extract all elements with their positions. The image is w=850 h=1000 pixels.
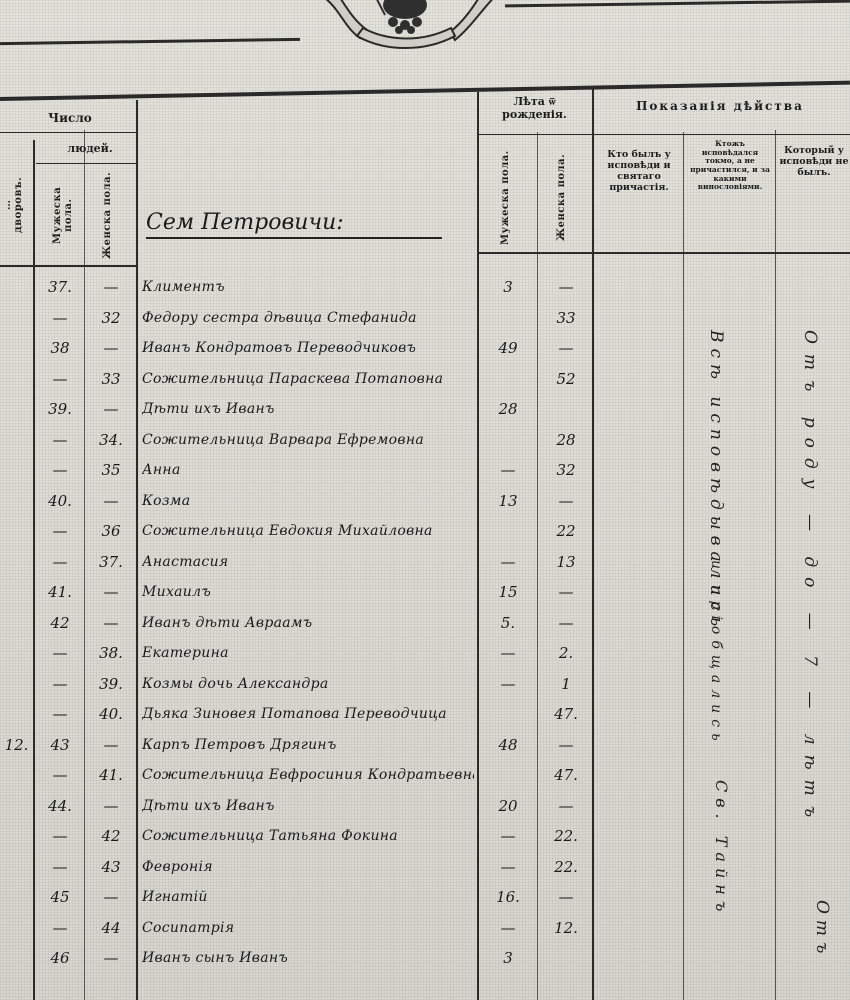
yard-number xyxy=(0,669,33,699)
note-col-not: Отъ роду — до — 7 — лѣтъ xyxy=(800,330,820,827)
female-number: 44 xyxy=(86,913,136,943)
note-col-not-bottom: Отъ xyxy=(812,900,832,959)
male-number: 40. xyxy=(36,486,84,516)
age-male: 13 xyxy=(480,486,536,516)
age-male: 3 xyxy=(480,943,536,973)
table-row: 37.—Климентъ3— xyxy=(0,272,850,302)
female-number: — xyxy=(86,272,136,302)
person-name: Дѣти ихъ Иванъ xyxy=(142,791,474,821)
age-female: 1 xyxy=(540,669,592,699)
age-male: 20 xyxy=(480,791,536,821)
age-male xyxy=(480,516,536,546)
header-muzh-pol: Мужеска пола. xyxy=(52,170,74,260)
female-number: — xyxy=(86,577,136,607)
yard-number xyxy=(0,272,33,302)
male-number: — xyxy=(36,699,84,729)
header-col-only-confession: Ктожъ исповѣдался токмо, а не причастилс… xyxy=(686,140,774,192)
age-male: — xyxy=(480,852,536,882)
age-male: 28 xyxy=(480,394,536,424)
age-female: 32 xyxy=(540,455,592,485)
yard-number xyxy=(0,882,33,912)
yard-number xyxy=(0,943,33,973)
female-number: — xyxy=(86,791,136,821)
age-male xyxy=(480,303,536,333)
header-zhen-pol: Женска пола. xyxy=(102,170,113,260)
age-male: 3 xyxy=(480,272,536,302)
person-name: Козма xyxy=(142,486,474,516)
yard-number xyxy=(0,577,33,607)
person-name: Сосипатрія xyxy=(142,913,474,943)
age-male: — xyxy=(480,669,536,699)
person-name: Климентъ xyxy=(142,272,474,302)
hdr-rule-chislo xyxy=(0,132,136,133)
female-number: 32 xyxy=(86,303,136,333)
header-lyudey: людей. xyxy=(50,143,130,156)
male-number: — xyxy=(36,455,84,485)
age-male: 48 xyxy=(480,730,536,760)
yard-number xyxy=(0,821,33,851)
header-chislo: Число xyxy=(20,112,120,126)
age-female: 33 xyxy=(540,303,592,333)
female-number: 34. xyxy=(86,425,136,455)
male-number: — xyxy=(36,303,84,333)
age-female: 22. xyxy=(540,821,592,851)
yard-number xyxy=(0,303,33,333)
table-row: —32Федору сестра дѣвица Стефанида33 xyxy=(0,303,850,333)
age-female: 2. xyxy=(540,638,592,668)
age-female: — xyxy=(540,882,592,912)
person-name: Михаилъ xyxy=(142,577,474,607)
age-male: 16. xyxy=(480,882,536,912)
male-number: — xyxy=(36,547,84,577)
age-male: — xyxy=(480,821,536,851)
header-col-not-was: Который у исповѣди не былъ. xyxy=(779,146,849,179)
person-name: Сожительница Евфросиния Кондратьевна xyxy=(142,760,474,790)
female-number: — xyxy=(86,333,136,363)
header-pokazaniya: Показанія дѣйства xyxy=(600,100,840,114)
imperial-emblem-icon xyxy=(305,0,505,65)
person-name: Иванъ Кондратовъ Переводчиковъ xyxy=(142,333,474,363)
male-number: — xyxy=(36,669,84,699)
yard-number xyxy=(0,425,33,455)
male-number: 44. xyxy=(36,791,84,821)
yard-number xyxy=(0,455,33,485)
yard-number xyxy=(0,333,33,363)
person-name: Козмы дочь Александра xyxy=(142,669,474,699)
age-male xyxy=(480,760,536,790)
hdr-bottom-rule-right xyxy=(477,252,850,254)
header-dvorov: дворовъ. xyxy=(13,170,24,240)
male-number: — xyxy=(36,913,84,943)
yard-number xyxy=(0,791,33,821)
yard-number xyxy=(0,638,33,668)
male-number: — xyxy=(36,364,84,394)
age-male: — xyxy=(480,638,536,668)
age-male: — xyxy=(480,455,536,485)
age-female: 22. xyxy=(540,852,592,882)
age-female: — xyxy=(540,333,592,363)
age-female xyxy=(540,394,592,424)
age-female: 47. xyxy=(540,699,592,729)
person-name: Дѣти ихъ Иванъ xyxy=(142,394,474,424)
yard-number xyxy=(0,486,33,516)
section-title: Сем Петровичи: xyxy=(146,210,442,239)
age-female: 47. xyxy=(540,760,592,790)
yard-number xyxy=(0,913,33,943)
female-number: — xyxy=(86,943,136,973)
hdr-rule-lyudey xyxy=(36,163,136,164)
male-number: — xyxy=(36,516,84,546)
person-name: Иванъ дѣти Авраамъ xyxy=(142,608,474,638)
female-number: 37. xyxy=(86,547,136,577)
female-number: 40. xyxy=(86,699,136,729)
female-number: — xyxy=(86,730,136,760)
note-col-was-3: Св. Тайнъ xyxy=(712,780,731,917)
female-number: — xyxy=(86,394,136,424)
female-number: 33 xyxy=(86,364,136,394)
female-number: 42 xyxy=(86,821,136,851)
person-name: Анастасия xyxy=(142,547,474,577)
male-number: 46 xyxy=(36,943,84,973)
age-male: 49 xyxy=(480,333,536,363)
yard-number xyxy=(0,547,33,577)
person-name: Екатерина xyxy=(142,638,474,668)
male-number: 38 xyxy=(36,333,84,363)
yard-number xyxy=(0,760,33,790)
male-number: 45 xyxy=(36,882,84,912)
male-number: — xyxy=(36,821,84,851)
person-name: Февронія xyxy=(142,852,474,882)
hdr-bottom-rule xyxy=(0,265,136,267)
male-number: 41. xyxy=(36,577,84,607)
person-name: Игнатій xyxy=(142,882,474,912)
header-left-cut: … xyxy=(2,150,13,260)
age-male: — xyxy=(480,913,536,943)
age-female xyxy=(540,943,592,973)
header-leta-muzh: Мужеска пола. xyxy=(500,150,511,245)
female-number: 39. xyxy=(86,669,136,699)
age-male xyxy=(480,364,536,394)
male-number: — xyxy=(36,425,84,455)
age-female: — xyxy=(540,577,592,607)
female-number: — xyxy=(86,608,136,638)
male-number: 42 xyxy=(36,608,84,638)
yard-number xyxy=(0,364,33,394)
yard-number xyxy=(0,516,33,546)
age-female: — xyxy=(540,608,592,638)
age-male xyxy=(480,425,536,455)
age-male: 5. xyxy=(480,608,536,638)
hdr-rule-leta xyxy=(477,134,850,135)
male-number: — xyxy=(36,852,84,882)
age-female: 52 xyxy=(540,364,592,394)
header-col-was: Кто былъ у исповѣди и святаго причастія. xyxy=(596,150,682,194)
age-female: — xyxy=(540,486,592,516)
person-name: Иванъ сынъ Иванъ xyxy=(142,943,474,973)
age-female: — xyxy=(540,730,592,760)
age-female: — xyxy=(540,272,592,302)
yard-number xyxy=(0,699,33,729)
person-name: Сожительница Евдокия Михайловна xyxy=(142,516,474,546)
person-name: Сожительница Татьяна Фокина xyxy=(142,821,474,851)
male-number: 39. xyxy=(36,394,84,424)
person-name: Анна xyxy=(142,455,474,485)
yard-number xyxy=(0,394,33,424)
person-name: Сожительница Варвара Ефремовна xyxy=(142,425,474,455)
yard-number: 12. xyxy=(0,730,33,760)
age-female: — xyxy=(540,791,592,821)
female-number: — xyxy=(86,882,136,912)
note-col-was-2: и пріобщались xyxy=(708,560,724,747)
age-female: 12. xyxy=(540,913,592,943)
female-number: 38. xyxy=(86,638,136,668)
female-number: 41. xyxy=(86,760,136,790)
person-name: Сожительница Параскева Потаповна xyxy=(142,364,474,394)
male-number: 37. xyxy=(36,272,84,302)
female-number: 43 xyxy=(86,852,136,882)
female-number: — xyxy=(86,486,136,516)
header-leta: Лѣта ѿ рожденія. xyxy=(487,96,582,121)
yard-number xyxy=(0,852,33,882)
male-number: — xyxy=(36,760,84,790)
person-name: Карпъ Петровъ Дрягинъ xyxy=(142,730,474,760)
age-male: — xyxy=(480,547,536,577)
person-name: Федору сестра дѣвица Стефанида xyxy=(142,303,474,333)
age-female: 22 xyxy=(540,516,592,546)
age-male: 15 xyxy=(480,577,536,607)
female-number: 36 xyxy=(86,516,136,546)
table-row: 46—Иванъ сынъ Иванъ3 xyxy=(0,943,850,973)
female-number: 35 xyxy=(86,455,136,485)
age-female: 28 xyxy=(540,425,592,455)
yard-number xyxy=(0,608,33,638)
header-leta-zhen: Женска пола. xyxy=(556,150,567,245)
age-male xyxy=(480,699,536,729)
person-name: Дьяка Зиновея Потапова Переводчица xyxy=(142,699,474,729)
male-number: 43 xyxy=(36,730,84,760)
age-female: 13 xyxy=(540,547,592,577)
male-number: — xyxy=(36,638,84,668)
